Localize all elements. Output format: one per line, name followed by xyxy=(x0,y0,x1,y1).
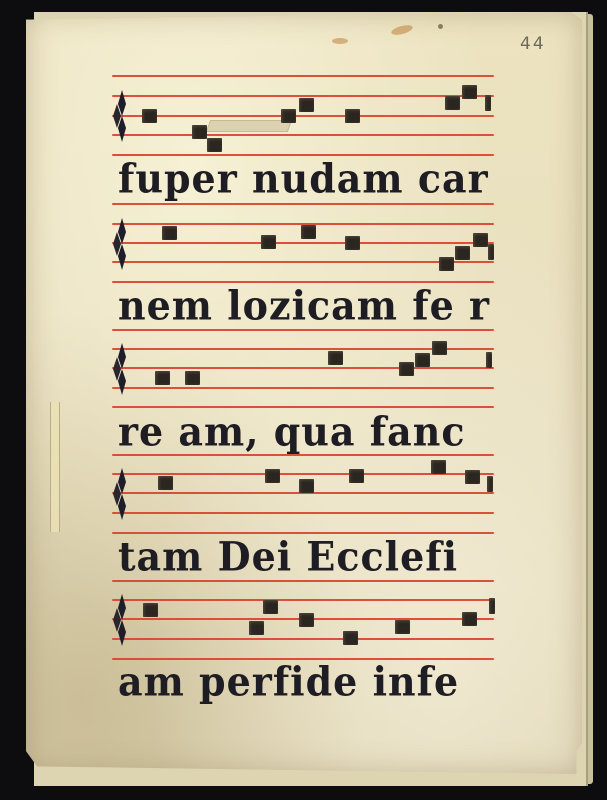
repair-strip xyxy=(50,402,60,532)
staff-line xyxy=(112,367,494,369)
neume-note xyxy=(265,469,280,483)
neume-note xyxy=(455,246,470,260)
staff-line xyxy=(112,387,494,389)
neume-note xyxy=(207,138,222,152)
neume-note xyxy=(462,612,477,626)
staff-line xyxy=(112,329,494,331)
staff-line xyxy=(112,75,494,77)
neume-note xyxy=(343,631,358,645)
custos-mark xyxy=(486,352,492,368)
staff-line xyxy=(112,115,494,117)
wax-stain xyxy=(438,24,443,29)
custos-mark xyxy=(488,244,494,260)
staff-line xyxy=(112,242,494,244)
staff-line xyxy=(112,580,494,582)
paper-label xyxy=(206,120,292,132)
lyric-line-1: fuper nudam car xyxy=(118,159,489,199)
wax-stain xyxy=(390,23,413,36)
custos-mark xyxy=(487,476,493,492)
neume-note xyxy=(328,351,343,365)
neume-note xyxy=(432,341,447,355)
neume-note xyxy=(158,476,173,490)
neume-note xyxy=(462,85,477,99)
staff-line xyxy=(112,638,494,640)
c-clef-icon xyxy=(113,468,127,520)
neume-note xyxy=(142,109,157,123)
c-clef-icon xyxy=(113,594,127,646)
neume-note xyxy=(465,470,480,484)
wax-stain xyxy=(332,38,348,44)
custos-mark xyxy=(489,598,495,614)
folio-number: 44 xyxy=(520,34,546,54)
staff-line xyxy=(112,134,494,136)
neume-note xyxy=(299,613,314,627)
neume-note xyxy=(445,96,460,110)
neume-note xyxy=(439,257,454,271)
neume-note xyxy=(301,225,316,239)
neume-note xyxy=(415,353,430,367)
c-clef-icon xyxy=(113,218,127,270)
lyric-line-2: nem lozicam fe r xyxy=(118,286,490,326)
neume-note xyxy=(185,371,200,385)
neume-note xyxy=(345,236,360,250)
neume-note xyxy=(192,125,207,139)
staff-line xyxy=(112,203,494,205)
staff-line xyxy=(112,599,494,601)
c-clef-icon xyxy=(113,90,127,142)
neume-note xyxy=(263,600,278,614)
neume-note xyxy=(162,226,177,240)
lyric-line-4: tam Dei Ecclefi xyxy=(118,537,458,577)
staff-line xyxy=(112,95,494,97)
neume-note xyxy=(345,109,360,123)
neume-note xyxy=(431,460,446,474)
neume-note xyxy=(155,371,170,385)
neume-note xyxy=(399,362,414,376)
neume-note xyxy=(143,603,158,617)
neume-note xyxy=(349,469,364,483)
neume-note xyxy=(395,620,410,634)
neume-note xyxy=(281,109,296,123)
lyric-line-3: re am, qua fanc xyxy=(118,412,466,452)
custos-mark xyxy=(485,95,491,111)
neume-note xyxy=(473,233,488,247)
neume-note xyxy=(261,235,276,249)
staff-line xyxy=(112,512,494,514)
c-clef-icon xyxy=(113,343,127,395)
staff-line xyxy=(112,261,494,263)
neume-note xyxy=(299,98,314,112)
lyric-line-5: am perfide infe xyxy=(118,662,459,702)
neume-note xyxy=(249,621,264,635)
neume-note xyxy=(299,479,314,493)
